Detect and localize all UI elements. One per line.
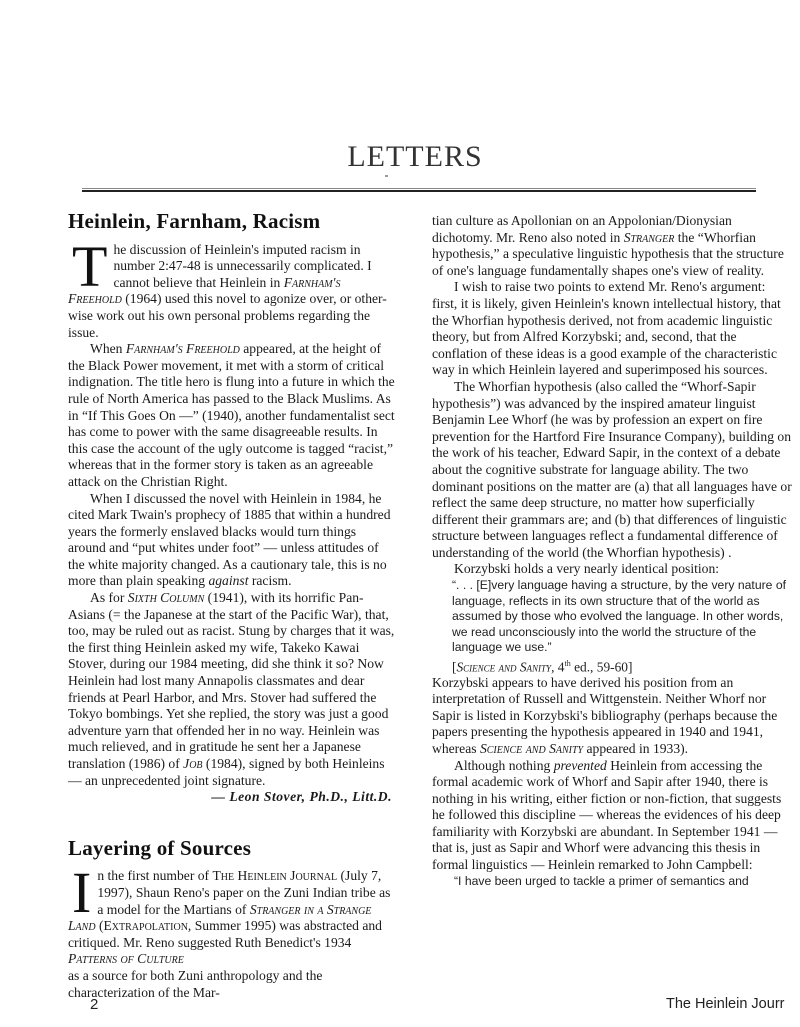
right-column: tian culture as Apollonian on an Appolon… <box>432 213 794 889</box>
drop-cap-i: I <box>72 870 91 916</box>
emphasis: against <box>208 573 248 588</box>
book-title: Science and Sanity <box>480 741 583 756</box>
magazine-title: Extrapolation <box>104 918 188 933</box>
letter1-paragraph-4: As for Sixth Column (1941), with its hor… <box>68 590 396 789</box>
emphasis: prevented <box>554 758 607 773</box>
book-title: Farnham's Freehold <box>126 341 240 356</box>
letter2-paragraph-3: The Whorfian hypothesis (also called the… <box>432 379 794 562</box>
letter2-paragraph-1: In the first number of The Heinlein Jour… <box>68 868 396 968</box>
letter1-paragraph-3: When I discussed the novel with Heinlein… <box>68 491 396 591</box>
letter-title-layering: Layering of Sources <box>68 840 396 857</box>
scan-speck <box>385 175 388 177</box>
letter2-paragraph-1-continued: tian culture as Apollonian on an Appolon… <box>432 213 794 279</box>
letter2-paragraph-4: Korzybski holds a very nearly identical … <box>432 561 794 578</box>
quote-citation: [Science and Sanity, 4th ed., 59-60] <box>452 656 794 675</box>
drop-cap-t: T <box>72 244 107 290</box>
header-rule-thick <box>82 190 756 192</box>
running-footer-journal: The Heinlein Jourr <box>666 996 784 1012</box>
header-rule-thin <box>82 188 756 189</box>
book-title: Patterns of Culture <box>68 951 184 966</box>
letter2-paragraph-1-left-tail: as a source for both Zuni anthropology a… <box>68 968 396 1001</box>
letter2-paragraph-2: I wish to raise two points to extend Mr.… <box>432 279 794 379</box>
block-quote-2: “I have been urged to tackle a primer of… <box>432 874 794 890</box>
letter-title-racism: Heinlein, Farnham, Racism <box>68 213 396 230</box>
block-quote: “. . . [E]very language having a structu… <box>432 578 794 674</box>
quote-text: “. . . [E]very language having a structu… <box>452 578 794 656</box>
letter2-paragraph-5: Korzybski appears to have derived his po… <box>432 675 794 758</box>
header-rule <box>82 188 756 192</box>
book-title: Job <box>183 756 202 771</box>
book-title: Stranger <box>624 230 675 245</box>
letter1-signature: — Leon Stover, Ph.D., Litt.D. <box>68 789 396 806</box>
letter2-paragraph-6: Although nothing prevented Heinlein from… <box>432 758 794 874</box>
page-number: 2 <box>90 996 98 1013</box>
letter1-paragraph-2: When Farnham's Freehold appeared, at the… <box>68 341 396 490</box>
left-column: Heinlein, Farnham, Racism The discussion… <box>68 205 396 1001</box>
letter1-paragraph-1: The discussion of Heinlein's imputed rac… <box>68 242 396 342</box>
journal-title: The Heinlein Journal <box>212 868 337 883</box>
book-title: Sixth Column <box>128 590 205 605</box>
masthead: LETTERS <box>0 140 800 174</box>
section-title: LETTERS <box>0 140 800 174</box>
